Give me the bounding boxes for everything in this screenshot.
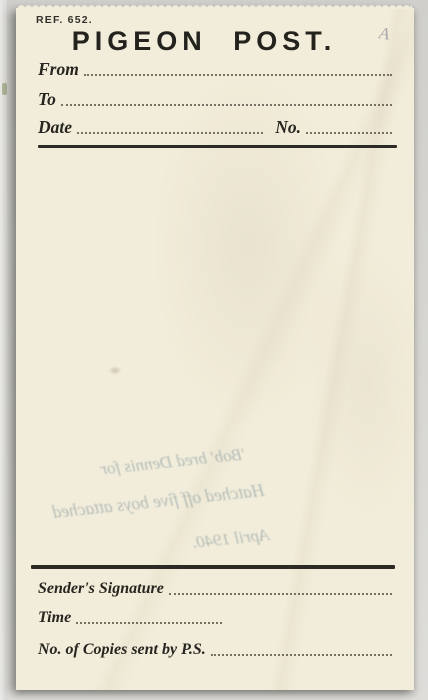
no-field-line bbox=[306, 128, 392, 134]
sender-signature-field-line bbox=[169, 589, 392, 595]
to-field-line bbox=[61, 100, 392, 106]
bleed-through-writing-line-3: April 1940. bbox=[191, 525, 270, 553]
copies-field-line bbox=[211, 650, 392, 656]
paper-smudge bbox=[108, 366, 122, 375]
time-field-line bbox=[76, 618, 222, 624]
time-label: Time bbox=[38, 609, 71, 627]
bleed-through-writing-line-2: Hatched off five boys attached bbox=[51, 480, 265, 523]
bleed-through-writing-line-1: 'Bob' bred Dennis for bbox=[99, 444, 246, 479]
form-title: PIGEON POST. bbox=[16, 26, 392, 57]
date-field-line bbox=[77, 128, 263, 134]
from-field-line bbox=[84, 70, 392, 76]
to-row: To bbox=[38, 90, 394, 109]
sender-signature-label: Sender's Signature bbox=[38, 580, 164, 598]
reference-number: REF. 652. bbox=[36, 14, 93, 26]
no-label: No. bbox=[275, 118, 301, 137]
copies-label: No. of Copies sent by P.S. bbox=[38, 641, 206, 659]
from-row: From bbox=[38, 60, 394, 79]
from-label: From bbox=[38, 60, 79, 79]
scan-mat-edge bbox=[0, 0, 7, 700]
bottom-divider-rule bbox=[31, 565, 395, 569]
top-divider-rule bbox=[38, 145, 397, 148]
copies-row: No. of Copies sent by P.S. bbox=[38, 641, 394, 659]
green-ink-mark bbox=[2, 83, 7, 95]
date-row: Date No. bbox=[38, 118, 394, 137]
perforated-top-edge bbox=[18, 2, 412, 9]
sender-signature-row: Sender's Signature bbox=[38, 580, 394, 598]
pigeon-post-form: REF. 652. PIGEON POST. A From To Date No… bbox=[16, 8, 414, 690]
to-label: To bbox=[38, 90, 56, 109]
time-row: Time bbox=[38, 609, 394, 627]
date-label: Date bbox=[38, 118, 72, 137]
